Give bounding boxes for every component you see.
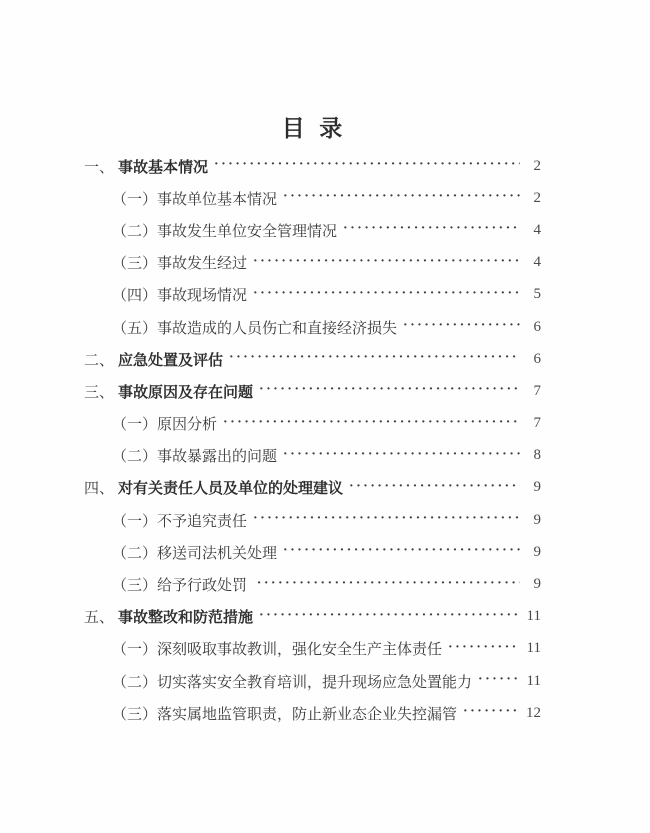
toc-entry-number: （三） [112,574,157,595]
toc-list: 一、 事故基本情况 ······························… [84,150,541,729]
toc-entry-label: 原因分析 [157,413,217,434]
toc-entry-label: 事故造成的人员伤亡和直接经济损失 [157,317,397,338]
toc-entry-18[interactable]: （三） 落实属地监管职责，防止新业态企业失控漏管 ···············… [84,697,541,729]
toc-entry-label: 应急处置及评估 [118,349,223,370]
dot-leader: ········································… [229,350,520,366]
toc-entry-2[interactable]: （一） 事故单位基本情况 ···························… [84,182,541,214]
toc-entry-number: 四、 [84,477,114,498]
toc-entry-10[interactable]: （二） 事故暴露出的问题 ···························… [84,440,541,472]
toc-entry-page: 9 [524,479,541,496]
toc-entry-15[interactable]: 五、 事故整改和防范措施 ···························… [84,601,541,633]
toc-entry-17[interactable]: （二） 切实落实安全教育培训，提升现场应急处置能力 ··············… [84,665,541,697]
dot-leader: ········································… [214,157,520,173]
toc-entry-number: （一） [112,413,157,434]
toc-entry-number: 二、 [84,349,114,370]
toc-entry-label: 移送司法机关处理 [157,542,277,563]
toc-entry-page: 7 [524,415,541,432]
toc-entry-16[interactable]: （一） 深刻吸取事故教训，强化安全生产主体责任 ················… [84,633,541,665]
toc-entry-number: （一） [112,638,157,659]
toc-entry-label: 不予追究责任 [157,510,247,531]
toc-entry-page: 6 [524,319,541,336]
dot-leader: ········································… [257,576,520,592]
toc-entry-6[interactable]: （五） 事故造成的人员伤亡和直接经济损失 ···················… [84,311,541,343]
toc-entry-label: 切实落实安全教育培训，提升现场应急处置能力 [157,671,472,692]
toc-entry-page: 9 [524,576,541,593]
toc-entry-number: （三） [112,703,157,724]
dot-leader: ········································… [463,704,520,720]
dot-leader: ········································… [253,254,520,270]
toc-entry-label: 深刻吸取事故教训，强化安全生产主体责任 [157,638,442,659]
toc-entry-page: 11 [524,673,541,690]
toc-entry-page: 5 [524,286,541,303]
toc-entry-label: 事故原因及存在问题 [118,381,253,402]
dot-leader: ········································… [478,672,520,688]
toc-entry-1[interactable]: 一、 事故基本情况 ······························… [84,150,541,182]
document-page: 目 录 一、 事故基本情况 ··························… [0,0,650,833]
toc-title: 目 录 [84,110,541,143]
dot-leader: ········································… [253,511,520,527]
toc-entry-label: 事故现场情况 [157,284,247,305]
toc-entry-page: 11 [524,608,541,625]
toc-entry-number: （五） [112,317,157,338]
toc-entry-label: 给予行政处罚 [157,574,251,595]
toc-entry-11[interactable]: 四、 对有关责任人员及单位的处理建议 ·····················… [84,472,541,504]
toc-entry-4[interactable]: （三） 事故发生经过 ·····························… [84,247,541,279]
toc-entry-3[interactable]: （二） 事故发生单位安全管理情况 ·······················… [84,214,541,246]
dot-leader: ········································… [253,286,520,302]
dot-leader: ········································… [343,221,520,237]
toc-entry-14[interactable]: （三） 给予行政处罚 ·····························… [84,568,541,600]
toc-entry-page: 4 [524,222,541,239]
dot-leader: ········································… [223,415,520,431]
toc-entry-number: （四） [112,284,157,305]
toc-entry-number: （三） [112,252,157,273]
dot-leader: ········································… [349,479,520,495]
toc-entry-5[interactable]: （四） 事故现场情况 ·····························… [84,279,541,311]
toc-entry-number: （二） [112,671,157,692]
toc-entry-number: （二） [112,542,157,563]
toc-entry-12[interactable]: （一） 不予追究责任 ·····························… [84,504,541,536]
toc-entry-label: 对有关责任人员及单位的处理建议 [118,477,343,498]
toc-entry-number: 一、 [84,156,114,177]
dot-leader: ········································… [259,382,520,398]
toc-entry-label: 落实属地监管职责，防止新业态企业失控漏管 [157,703,457,724]
toc-entry-page: 6 [524,351,541,368]
toc-entry-label: 事故发生单位安全管理情况 [157,220,337,241]
toc-entry-page: 11 [524,640,541,657]
dot-leader: ········································… [283,189,520,205]
toc-entry-number: （二） [112,445,157,466]
dot-leader: ········································… [448,640,520,656]
toc-entry-label: 事故单位基本情况 [157,188,277,209]
dot-leader: ········································… [283,543,520,559]
toc-entry-page: 2 [524,158,541,175]
toc-entry-page: 12 [524,705,541,722]
toc-entry-7[interactable]: 二、 应急处置及评估 ·····························… [84,343,541,375]
toc-entry-label: 事故基本情况 [118,156,208,177]
toc-entry-page: 4 [524,254,541,271]
toc-entry-label: 事故暴露出的问题 [157,445,277,466]
toc-entry-number: 五、 [84,606,114,627]
toc-entry-9[interactable]: （一） 原因分析 ·······························… [84,408,541,440]
toc-entry-page: 7 [524,383,541,400]
toc-entry-13[interactable]: （二） 移送司法机关处理 ···························… [84,536,541,568]
toc-entry-page: 9 [524,544,541,561]
toc-entry-8[interactable]: 三、 事故原因及存在问题 ···························… [84,375,541,407]
dot-leader: ········································… [403,318,520,334]
toc-entry-number: （一） [112,188,157,209]
toc-entry-label: 事故发生经过 [157,252,247,273]
toc-entry-page: 9 [524,512,541,529]
toc-entry-label: 事故整改和防范措施 [118,606,253,627]
toc-entry-page: 8 [524,447,541,464]
dot-leader: ········································… [283,447,520,463]
toc-entry-number: （一） [112,510,157,531]
dot-leader: ········································… [259,608,520,624]
toc-entry-page: 2 [524,190,541,207]
toc-entry-number: （二） [112,220,157,241]
toc-entry-number: 三、 [84,381,114,402]
